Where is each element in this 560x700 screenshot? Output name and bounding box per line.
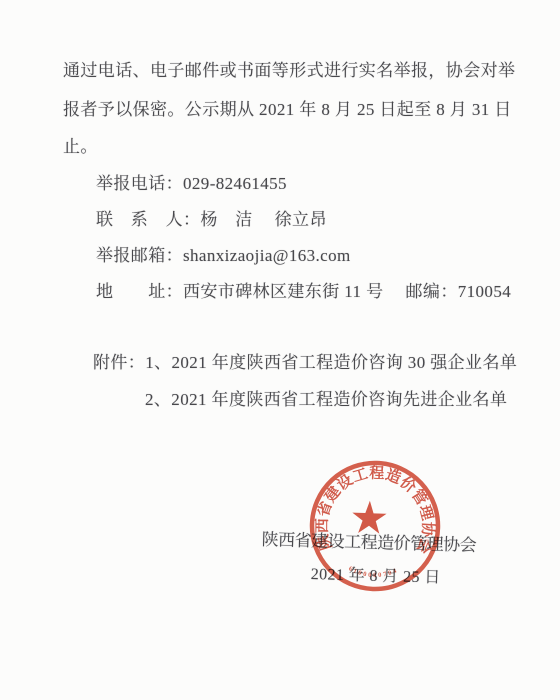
seal-arc-text: 陕 西 省 建 设 工 程 造 价 管 理 协 会: [313, 462, 439, 556]
svg-text:西: 西: [314, 518, 331, 533]
attachments-line-1: 附件：1、2021 年度陕西省工程造价咨询 30 强企业名单: [93, 352, 517, 374]
seal-star-icon: [352, 500, 387, 534]
seal-serial: 6100000704: [347, 565, 400, 580]
body-paragraph-line-3: 止。: [63, 136, 98, 158]
official-seal: 陕 西 省 建 设 工 程 造 价 管 理 协 会 6100000704: [303, 454, 448, 599]
svg-text:工: 工: [351, 466, 370, 486]
body-paragraph-line-1: 通过电话、电子邮件或书面等形式进行实名举报，协会对举: [63, 60, 515, 82]
attachments-line-2: 2、2021 年度陕西省工程造价咨询先进企业名单: [145, 389, 507, 411]
report-email-line: 举报邮箱：shanxizaojia@163.com: [96, 245, 351, 267]
body-paragraph-line-2: 报者予以保密。公示期从 2021 年 8 月 25 日起至 8 月 31 日: [63, 99, 512, 121]
svg-text:程: 程: [369, 464, 385, 483]
address-line: 地 址：西安市碑林区建东街 11 号 邮编：710054: [96, 281, 511, 303]
contact-person-line: 联 系 人：杨 洁 徐立昂: [96, 209, 327, 231]
document-page: 通过电话、电子邮件或书面等形式进行实名举报，协会对举 报者予以保密。公示期从 2…: [0, 0, 560, 700]
report-phone-line: 举报电话：029-82461455: [96, 173, 287, 195]
